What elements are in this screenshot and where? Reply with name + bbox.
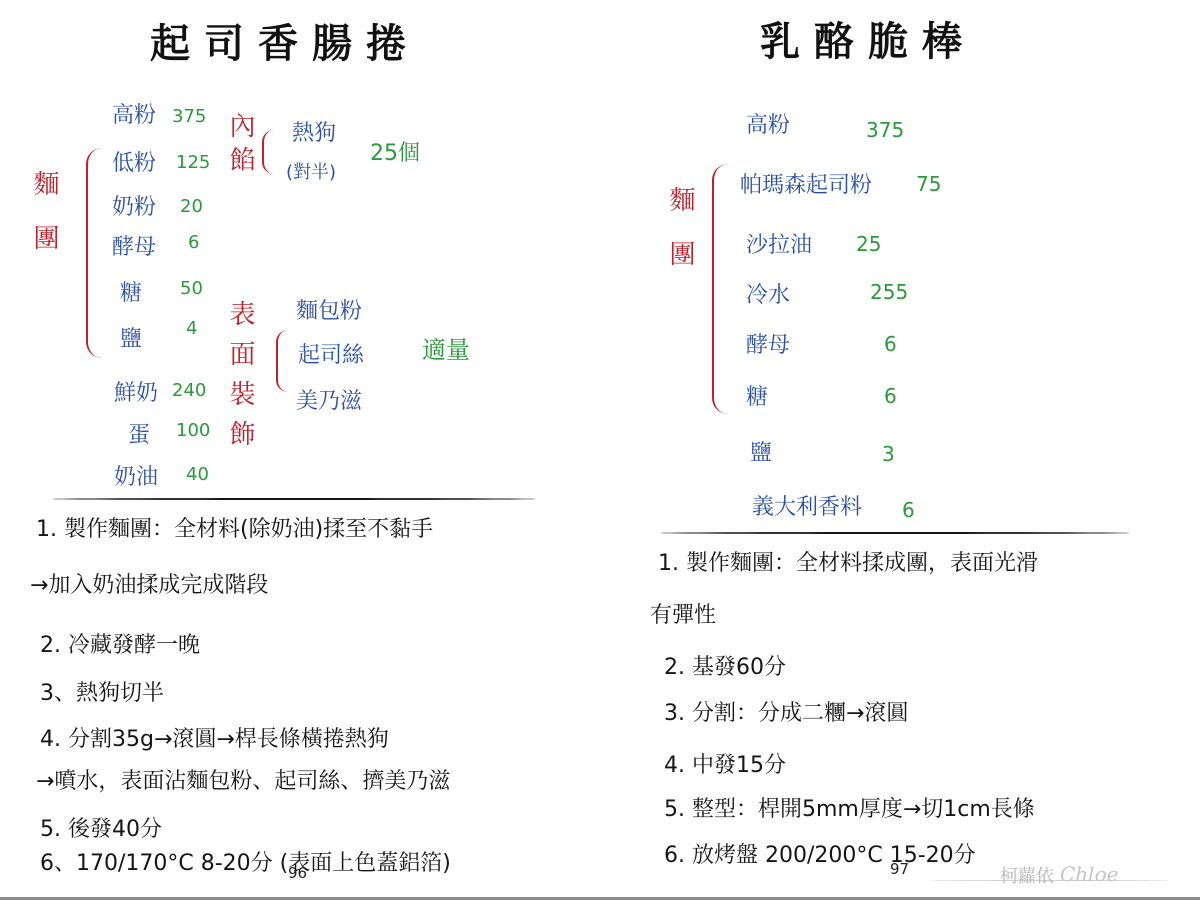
filling-bracket [262,130,274,174]
topping-item: 麵包粉 [296,294,362,325]
filling-note: (對半) [286,158,336,184]
ingredient-name: 沙拉油 [746,228,812,259]
ingredient-qty: 375 [866,118,904,142]
recipe-title: 起司香腸捲 [150,12,420,69]
ingredient-name: 糖 [120,276,142,307]
topping-label: 表面裝飾 [222,300,259,460]
section-divider [660,532,1130,534]
ingredient-qty: 6 [884,332,897,356]
step-line: 2. 冷藏發酵一晚 [40,628,200,659]
watermark-text: 柯蘿依 [1000,862,1054,888]
topping-qty: 適量 [422,330,470,365]
dough-label: 麵團 [26,170,63,278]
section-divider [52,498,536,500]
ingredient-qty: 255 [870,280,908,304]
dough-label: 麵團 [662,186,699,294]
topping-item: 美乃滋 [296,384,362,415]
watermark-signature: Chloe [1060,862,1118,886]
ingredient-name: 蛋 [128,418,150,449]
filling-item: 熱狗 [292,116,336,147]
recipe-title: 乳酪脆棒 [760,10,976,67]
ingredient-name: 高粉 [112,98,156,129]
step-line: 6. 放烤盤 200/200°C 15-20分 [664,838,976,869]
ingredient-name: 酵母 [746,328,790,359]
step-line: 3、熱狗切半 [40,676,164,707]
ingredient-name: 酵母 [112,230,156,261]
ingredient-qty: 125 [176,152,210,173]
step-line: 1. 製作麵團：全材料揉成團，表面光滑 [658,546,1038,577]
ingredient-name: 奶粉 [112,190,156,221]
topping-item: 起司絲 [298,338,364,369]
ingredient-name: 帕瑪森起司粉 [740,168,872,199]
ingredient-qty: 4 [186,318,197,339]
step-line: →噴水，表面沾麵包粉、起司絲、擠美乃滋 [36,764,450,795]
left-page: 起司香腸捲 麵團 高粉 375 低粉 125 奶粉 20 酵母 6 糖 50 鹽… [0,0,600,897]
ingredient-name: 冷水 [746,278,790,309]
filling-label: 內餡 [222,112,259,180]
ingredient-name: 義大利香料 [752,490,862,521]
step-line: 4. 分割35g→滾圓→桿長條橫捲熱狗 [40,722,389,753]
page-number: 97 [890,860,909,878]
page-number: 96 [288,864,307,882]
step-line: 4. 中發15分 [664,748,786,779]
ingredient-name: 低粉 [112,146,156,177]
step-line: 1. 製作麵團：全材料(除奶油)揉至不黏手 [36,512,433,543]
step-line: 有彈性 [650,598,716,629]
ingredient-qty: 40 [186,464,209,485]
right-page: 乳酪脆棒 麵團 高粉 375 帕瑪森起司粉 75 沙拉油 25 冷水 255 酵… [600,0,1200,897]
ingredient-qty: 75 [916,172,941,196]
ingredient-name: 糖 [746,380,768,411]
ingredient-name: 鮮奶 [114,376,158,407]
step-line: →加入奶油揉成完成階段 [30,568,268,599]
step-line: 5. 後發40分 [40,812,162,843]
ingredient-name: 高粉 [746,108,790,139]
ingredient-name: 奶油 [114,460,158,491]
ingredient-name: 鹽 [750,436,772,467]
step-line: 3. 分割：分成二糰→滾圓 [664,696,908,727]
ingredient-qty: 375 [172,106,206,127]
ingredient-qty: 6 [884,384,897,408]
step-line: 2. 基發60分 [664,650,786,681]
ingredient-name: 鹽 [120,322,142,353]
ingredient-qty: 100 [176,420,210,441]
ingredient-qty: 6 [188,232,199,253]
dough-bracket [712,164,728,414]
ingredient-qty: 50 [180,278,203,299]
ingredient-qty: 25 [856,232,881,256]
ingredient-qty: 20 [180,196,203,217]
topping-bracket [276,330,288,392]
dough-bracket [86,148,102,358]
ingredient-qty: 3 [882,442,895,466]
ingredient-qty: 240 [172,380,206,401]
step-line: 6、170/170°C 8-20分 (表面上色蓋鋁箔) [40,846,451,877]
step-line: 5. 整型：桿開5mm厚度→切1cm長條 [664,792,1035,823]
filling-qty: 25個 [370,136,420,167]
ingredient-qty: 6 [902,498,915,522]
